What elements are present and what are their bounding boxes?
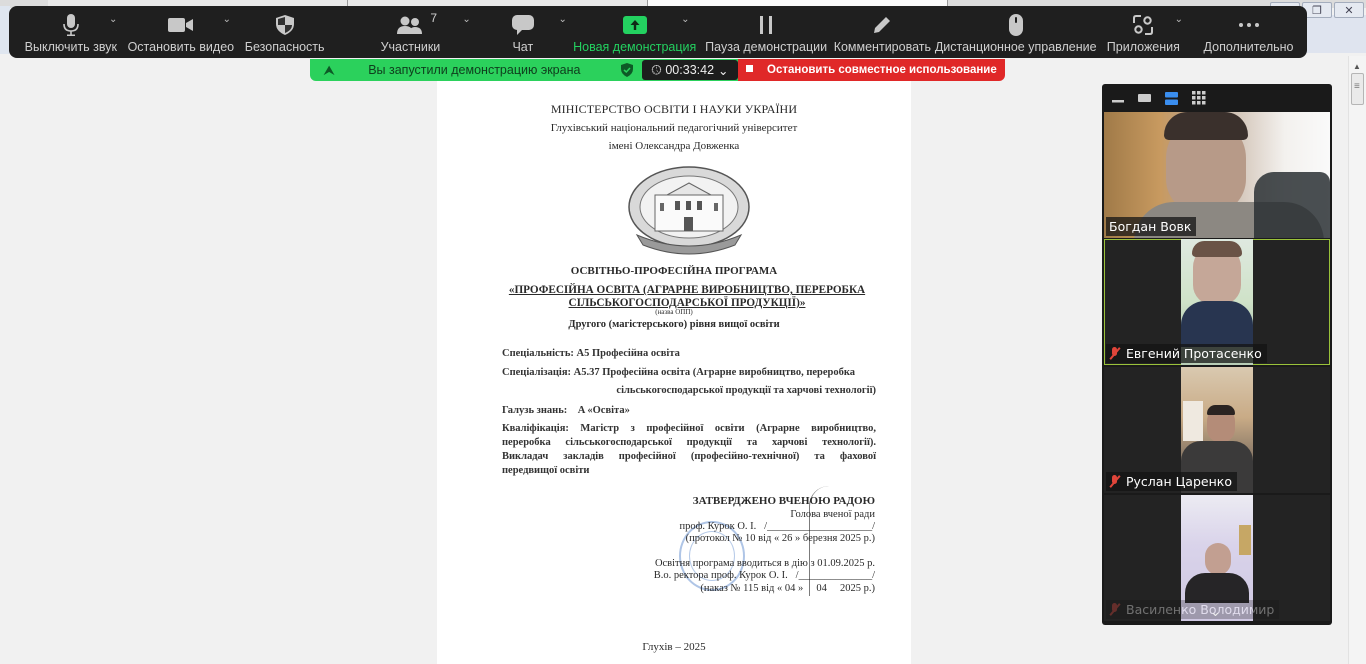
speaker-strip-view-icon[interactable]	[1165, 92, 1178, 105]
chevron-down-icon[interactable]: ⌄	[462, 14, 470, 25]
apps-icon	[1133, 14, 1153, 36]
stop-share-button[interactable]: Остановить совместное использование	[738, 59, 1005, 81]
doc-qualification-line1: Кваліфікація: Магістр з професійної осві…	[502, 422, 876, 437]
chat-bubble-icon	[512, 14, 534, 36]
doc-program-name: «ПРОФЕСІЙНА ОСВІТА (АГРАРНЕ ВИРОБНИЦТВО,…	[507, 284, 867, 310]
pencil-icon	[872, 14, 892, 36]
participant-tile[interactable]: Василенко Володимир	[1104, 495, 1330, 621]
share-status-bar: ⮝ Вы запустили демонстрацию экрана 🕔︎ 00…	[310, 59, 1005, 81]
doc-specialization-line2: сільськогосподарської продукції та харчо…	[502, 384, 876, 399]
participants-button[interactable]: 7 ⌄ Участники	[352, 6, 468, 58]
background-window-ribbon	[1306, 15, 1366, 53]
doc-specialization-line1: Спеціалізація: A5.37 Професійна освіта (…	[502, 366, 876, 381]
annotate-button[interactable]: Комментировать	[830, 6, 935, 58]
microphone-icon	[62, 14, 80, 36]
chevron-down-icon[interactable]: ⌄	[559, 14, 567, 25]
security-button[interactable]: Безопасность	[237, 6, 332, 58]
doc-effective-date: Освітня програма вводиться в дію з 01.09…	[637, 558, 875, 569]
encryption-shield-icon	[621, 63, 633, 77]
annotate-label: Комментировать	[834, 40, 931, 54]
more-button[interactable]: Дополнительно	[1198, 6, 1299, 58]
new-share-button[interactable]: ⌄ Новая демонстрация	[573, 6, 696, 58]
chevron-down-icon[interactable]: ⌄	[223, 14, 231, 25]
clock-icon: 🕔︎	[651, 63, 661, 78]
shared-document-page: МІНІСТЕРСТВО ОСВІТИ І НАУКИ УКРАЇНИ Глух…	[437, 81, 911, 664]
doc-footer: Глухів – 2025	[437, 641, 911, 653]
mute-label: Выключить звук	[25, 40, 117, 54]
participant-tile[interactable]: Руслан Царенко	[1104, 367, 1330, 493]
apps-label: Приложения	[1107, 40, 1180, 54]
video-camera-icon	[168, 14, 194, 36]
stop-share-label: Остановить совместное использование	[767, 64, 997, 76]
security-label: Безопасность	[245, 40, 325, 54]
pause-share-label: Пауза демонстрации	[705, 40, 827, 54]
shield-icon	[276, 14, 294, 36]
share-arrow-icon: ⮝	[324, 63, 334, 78]
pause-icon	[758, 14, 774, 36]
participants-icon	[397, 14, 423, 36]
participant-name-label: Василенко Володимир	[1106, 600, 1279, 619]
timer-value: 00:33:42	[665, 63, 714, 77]
share-screen-icon	[623, 14, 647, 36]
doc-head-council: Голова вченої ради	[637, 509, 875, 520]
participant-name-label: Богдан Вовк	[1106, 217, 1196, 236]
participant-tile[interactable]: Богдан Вовк	[1104, 112, 1330, 238]
stop-square-icon	[746, 65, 753, 72]
apps-button[interactable]: ⌄ Приложения	[1097, 6, 1190, 58]
chevron-down-icon: ⌄	[718, 63, 728, 78]
doc-university: Глухівський національний педагогічний ун…	[437, 122, 911, 134]
thumbnail-view-icon[interactable]	[1138, 93, 1151, 103]
remote-control-label: Дистанционное управление	[935, 40, 1097, 54]
gallery-view-icon[interactable]	[1192, 91, 1206, 105]
meeting-toolbar: ⌄ Выключить звук ⌄ Остановить видео Безо…	[9, 6, 1307, 58]
chat-label: Чат	[512, 40, 533, 54]
doc-qualification-line4: передвищої освіти	[502, 464, 876, 479]
microphone-muted-icon	[1109, 347, 1121, 360]
video-panel-view-controls	[1102, 84, 1332, 112]
pause-share-button[interactable]: Пауза демонстрации	[702, 6, 830, 58]
participants-label: Участники	[381, 40, 441, 54]
scrollbar-thumb[interactable]	[1351, 73, 1364, 105]
stop-video-button[interactable]: ⌄ Остановить видео	[125, 6, 237, 58]
remote-control-button[interactable]: Дистанционное управление	[935, 6, 1097, 58]
doc-ministry: МІНІСТЕРСТВО ОСВІТИ І НАУКИ УКРАЇНИ	[437, 102, 911, 117]
mouse-icon	[1009, 14, 1023, 36]
chevron-down-icon[interactable]: ⌄	[109, 14, 117, 25]
doc-field-of-knowledge: Галузь знань: A «Освіта»	[502, 404, 876, 419]
mute-button[interactable]: ⌄ Выключить звук	[17, 6, 125, 58]
participant-tile-active-speaker[interactable]: Евгений Протасенко	[1104, 239, 1330, 365]
chevron-down-icon[interactable]: ⌄	[681, 14, 689, 25]
sharing-indicator[interactable]: ⮝ Вы запустили демонстрацию экрана 🕔︎ 00…	[310, 59, 738, 81]
doc-named-after: імені Олександра Довженка	[437, 140, 911, 152]
doc-specialty: Спеціальність: A5 Професійна освіта	[502, 347, 876, 362]
doc-qualification-line3: Викладач закладів професійної (професійн…	[502, 450, 876, 465]
meeting-timer[interactable]: 🕔︎ 00:33:42 ⌄	[642, 60, 738, 80]
doc-program-type: ОСВІТНЬО-ПРОФЕСІЙНА ПРОГРАМА	[437, 265, 911, 277]
chat-button[interactable]: ⌄ Чат	[489, 6, 558, 58]
more-label: Дополнительно	[1204, 40, 1294, 54]
scroll-up-arrow-icon[interactable]: ▲	[1353, 62, 1361, 71]
participants-count: 7	[430, 11, 437, 25]
chevron-down-icon[interactable]: ⌄	[1175, 14, 1183, 25]
new-share-label: Новая демонстрация	[573, 40, 696, 54]
doc-approved: ЗАТВЕРДЖЕНО ВЧЕНОЮ РАДОЮ	[637, 495, 875, 507]
scroll-down-chevron-icon[interactable]: ⌄	[1210, 604, 1221, 620]
doc-program-name-note: (назва ОПП)	[437, 308, 911, 316]
doc-rector: В.о. ректора проф. Курок О. І. /________…	[637, 570, 875, 581]
video-panel: Богдан Вовк Евгений Протасенко Руслан Ца…	[1102, 84, 1332, 625]
university-emblem-icon	[627, 165, 751, 255]
doc-protocol: (протокол № 10 від « 26 » березня 2025 р…	[637, 533, 875, 544]
minimize-view-icon[interactable]	[1112, 93, 1124, 103]
microphone-muted-icon	[1109, 475, 1121, 488]
doc-prof-signature: проф. Курок О. І. /____________________/	[637, 521, 875, 532]
doc-order: (наказ № 115 від « 04 » 04 2025 р.)	[637, 583, 875, 594]
vertical-scrollbar[interactable]: ▲	[1348, 56, 1366, 664]
doc-qualification-line2: переробка сільськогосподарської продукці…	[502, 436, 876, 451]
sharing-message: Вы запустили демонстрацию экрана	[368, 63, 580, 77]
stop-video-label: Остановить видео	[128, 40, 235, 54]
microphone-muted-icon	[1109, 603, 1121, 616]
doc-level: Другого (магістерського) рівня вищої осв…	[437, 319, 911, 330]
participant-name-label: Евгений Протасенко	[1106, 344, 1267, 363]
close-button[interactable]: ✕	[1334, 2, 1364, 18]
more-dots-icon	[1238, 14, 1260, 36]
participant-name-label: Руслан Царенко	[1106, 472, 1237, 491]
